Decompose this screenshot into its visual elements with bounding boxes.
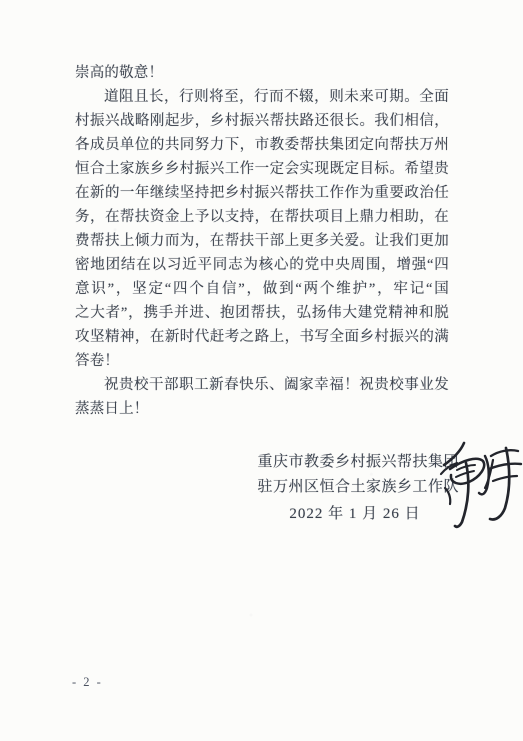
letter-line: 各成员单位的共同努力下，市教委帮扶集团定向帮扶万州区 [75,133,449,157]
letter-line: 道阻且长，行则将至，行而不辍，则未来可期。全面乡 [75,85,449,109]
letter-line: 祝贵校干部职工新春快乐、阖家幸福！祝贵校事业发展 [75,373,449,397]
letter-body: 崇高的敬意！ 道阻且长，行则将至，行而不辍，则未来可期。全面乡 村振兴战略刚起步… [75,61,449,421]
signature-org-line1: 重庆市教委乡村振兴帮扶集团 [251,450,459,475]
letter-line: 攻坚精神，在新时代赶考之路上，书写全面乡村振兴的满意 [75,325,449,349]
letter-line: 在新的一年继续坚持把乡村振兴帮扶工作作为重要政治任 [75,181,449,205]
letter-line: 密地团结在以习近平同志为核心的党中央周围，增强“四个 [75,253,449,277]
signature-date: 2022 年 1 月 26 日 [251,500,459,527]
signature-org-line2: 驻万州区恒合土家族乡工作队 [251,475,459,500]
letter-line: 村振兴战略刚起步，乡村振兴帮扶路还很长。我们相信，在 [75,109,449,133]
letter-line: 之大者”，携手并进、抱团帮扶，弘扬伟大建党精神和脱贫 [75,301,449,325]
letter-line: 答卷！ [75,349,449,373]
letter-line: 意识”，坚定“四个自信”，做到“两个维护”，牢记“国 [75,277,449,301]
letter-line: 恒合土家族乡乡村振兴工作一定会实现既定目标。希望贵校 [75,157,449,181]
letter-line: 崇高的敬意！ [75,61,449,85]
letter-line: 蒸蒸日上！ [75,397,449,421]
letter-line: 务，在帮扶资金上予以支持，在帮扶项目上鼎力相助，在消 [75,205,449,229]
handwritten-ink-signature-icon [433,436,523,532]
letter-line: 费帮扶上倾力而为，在帮扶干部上更多关爱。让我们更加紧 [75,229,449,253]
page-number: - 2 - [72,675,103,690]
signature-block: 重庆市教委乡村振兴帮扶集团 驻万州区恒合土家族乡工作队 2022 年 1 月 2… [251,450,459,527]
